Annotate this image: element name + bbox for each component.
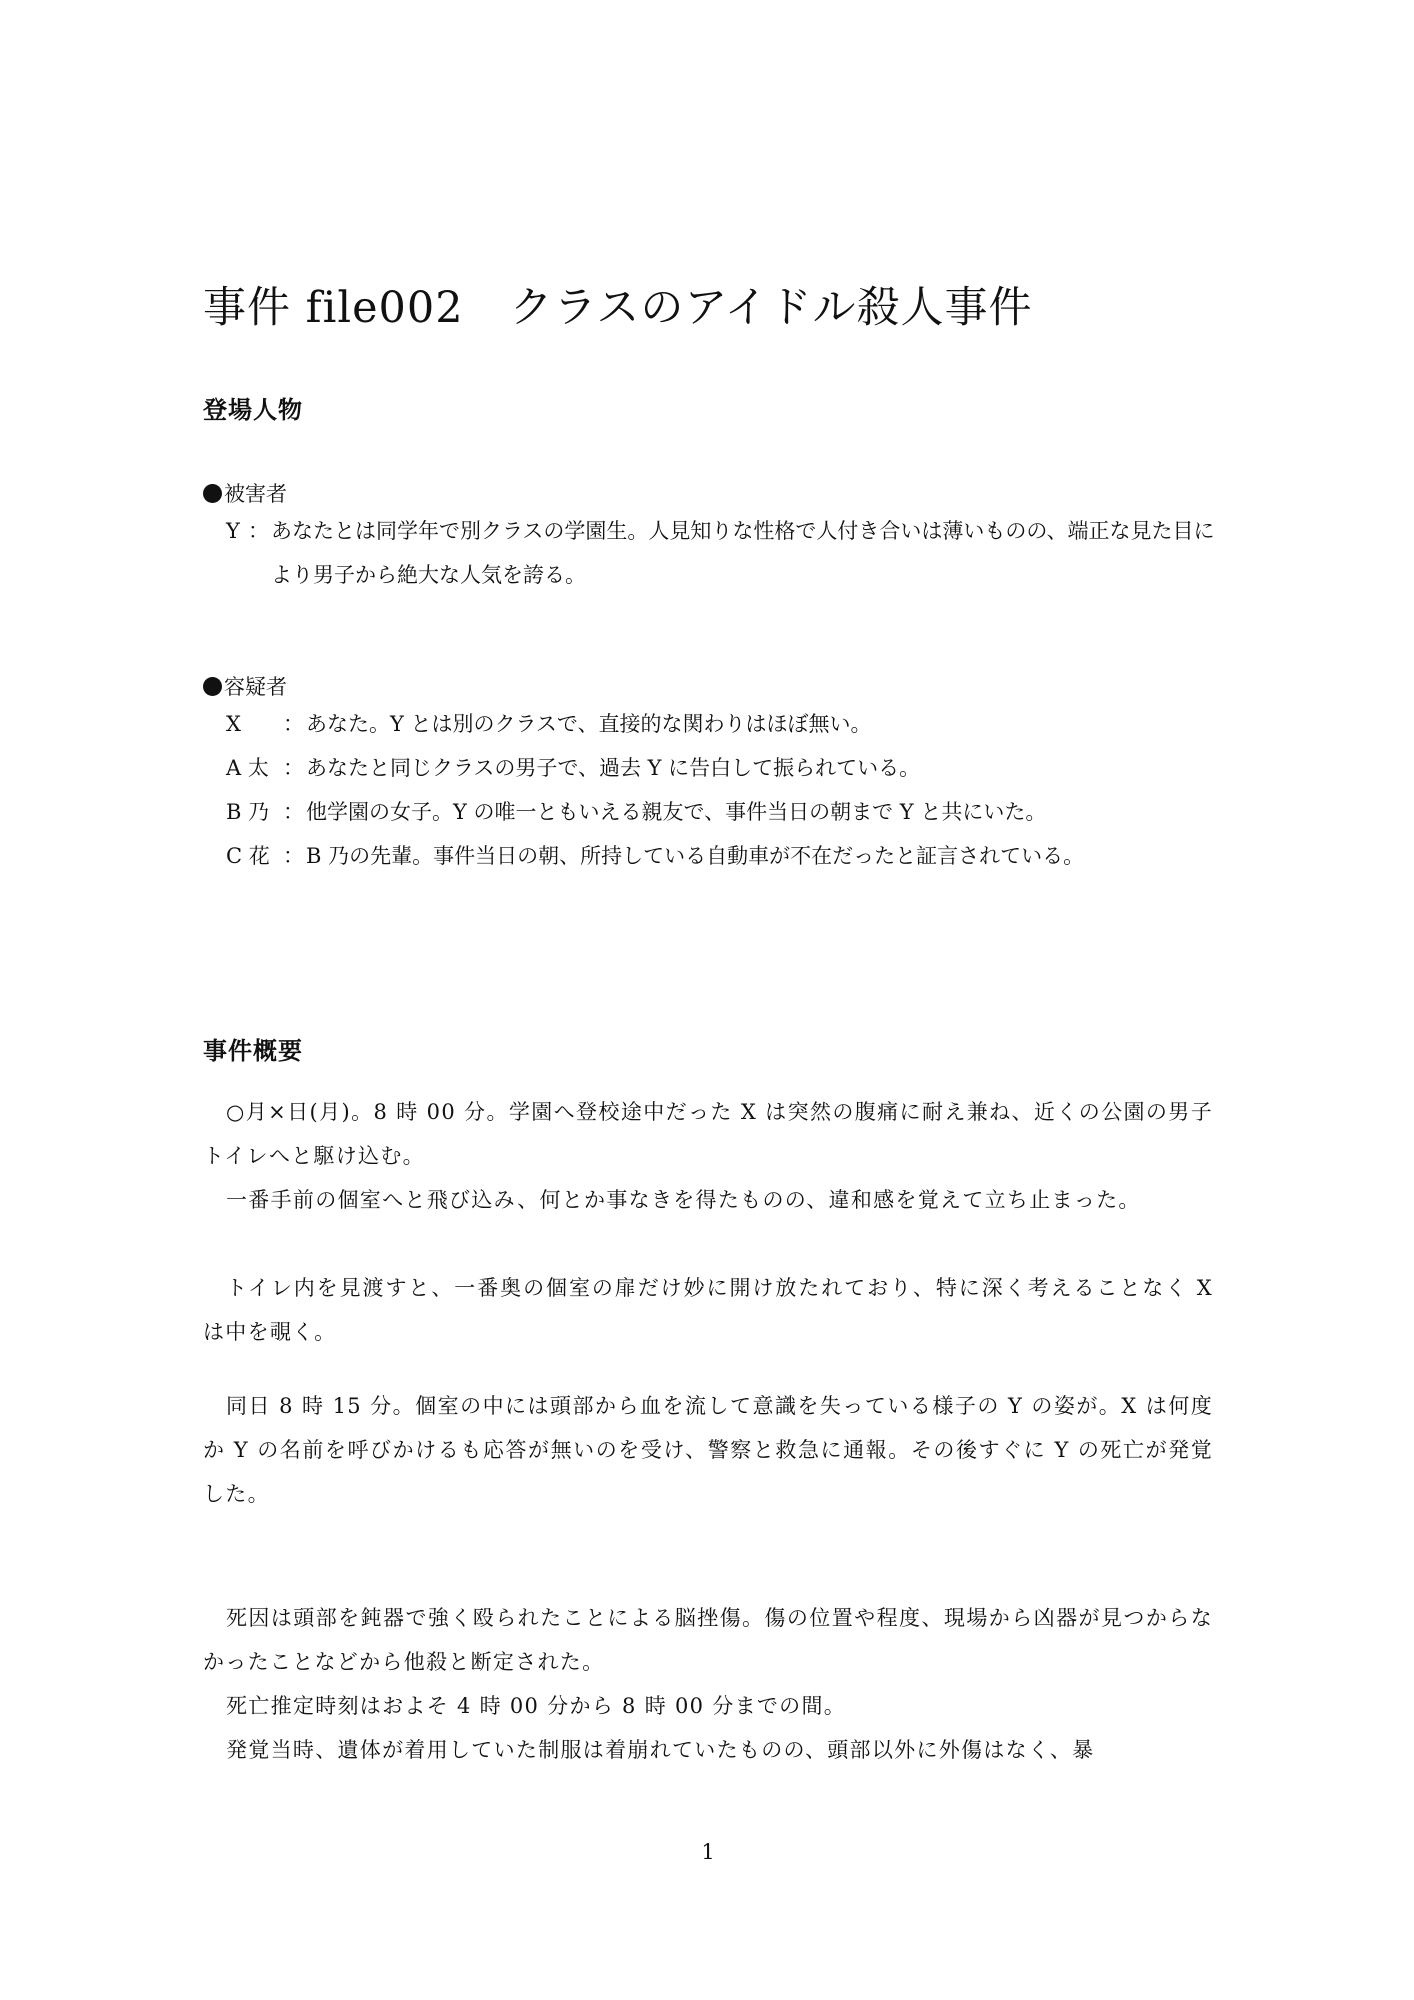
- suspect-entry: X： あなた。Y とは別のクラスで、直接的な関わりはほぼ無い。: [226, 702, 1216, 746]
- suspect-label: C 花：: [226, 834, 306, 878]
- victim-description: あなたとは同学年で別クラスの学園生。人見知りな性格で人付き合いは薄いものの、端正…: [271, 509, 1216, 597]
- overview-paragraph: ○月×日(月)。8 時 00 分。学園へ登校途中だった X は突然の腹痛に耐え兼…: [203, 1090, 1213, 1178]
- victim-heading: 被害者: [203, 479, 287, 509]
- overview-paragraph: 死亡推定時刻はおよそ 4 時 00 分から 8 時 00 分までの間。: [203, 1684, 1213, 1728]
- victim-entry: Y： あなたとは同学年で別クラスの学園生。人見知りな性格で人付き合いは薄いものの…: [226, 509, 1216, 597]
- suspect-entry: B 乃： 他学園の女子。Y の唯一ともいえる親友で、事件当日の朝まで Y と共に…: [226, 790, 1216, 834]
- page-number: 1: [203, 1837, 1213, 1867]
- title-file-id: 事件 file002: [203, 283, 464, 333]
- suspects-heading-label: 容疑者: [224, 675, 287, 699]
- overview-paragraph: 同日 8 時 15 分。個室の中には頭部から血を流して意識を失っている様子の Y…: [203, 1384, 1213, 1516]
- suspect-label: B 乃：: [226, 790, 306, 834]
- suspect-description: あなた。Y とは別のクラスで、直接的な関わりはほぼ無い。: [306, 702, 1216, 746]
- victim-heading-label: 被害者: [224, 482, 287, 506]
- suspect-description: 他学園の女子。Y の唯一ともいえる親友で、事件当日の朝まで Y と共にいた。: [306, 790, 1216, 834]
- overview-heading: 事件概要: [203, 1034, 303, 1068]
- overview-paragraph: トイレ内を見渡すと、一番奥の個室の扉だけ妙に開け放たれており、特に深く考えること…: [203, 1266, 1213, 1354]
- overview-paragraph: 死因は頭部を鈍器で強く殴られたことによる脳挫傷。傷の位置や程度、現場から凶器が見…: [203, 1596, 1213, 1684]
- suspect-description: B 乃の先輩。事件当日の朝、所持している自動車が不在だったと証言されている。: [306, 834, 1216, 878]
- suspect-entry: C 花： B 乃の先輩。事件当日の朝、所持している自動車が不在だったと証言されて…: [226, 834, 1216, 878]
- bullet-icon: [203, 484, 222, 503]
- overview-paragraph: 発覚当時、遺体が着用していた制服は着崩れていたものの、頭部以外に外傷はなく、暴: [203, 1728, 1213, 1772]
- suspect-label: X：: [226, 702, 306, 746]
- overview-paragraph: 一番手前の個室へと飛び込み、何とか事なきを得たものの、違和感を覚えて立ち止まった…: [203, 1178, 1213, 1222]
- suspect-description: あなたと同じクラスの男子で、過去 Y に告白して振られている。: [306, 746, 1216, 790]
- victim-label: Y：: [226, 509, 271, 597]
- title-case-name: クラスのアイドル殺人事件: [510, 283, 1033, 333]
- characters-heading: 登場人物: [203, 393, 303, 427]
- suspect-label: A 太：: [226, 746, 306, 790]
- document-title: 事件 file002クラスのアイドル殺人事件: [203, 279, 1032, 337]
- bullet-icon: [203, 677, 222, 696]
- suspect-entry: A 太： あなたと同じクラスの男子で、過去 Y に告白して振られている。: [226, 746, 1216, 790]
- suspects-heading: 容疑者: [203, 672, 287, 702]
